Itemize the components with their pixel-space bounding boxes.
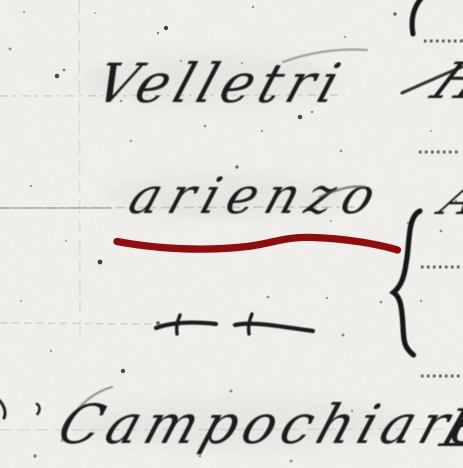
- handwritten-word-velletri: Velletri: [88, 53, 353, 115]
- handwritten-word-campochiaro: Campochiaro: [51, 394, 463, 456]
- manuscript-scan-page: Velletri H arienzo A Campochiaro E: [0, 0, 463, 468]
- handwritten-word-arienzo: arienzo: [122, 167, 392, 225]
- ruling-vertical-fold: [79, 0, 80, 335]
- manuscript-canvas: Velletri H arienzo A Campochiaro E: [0, 0, 463, 468]
